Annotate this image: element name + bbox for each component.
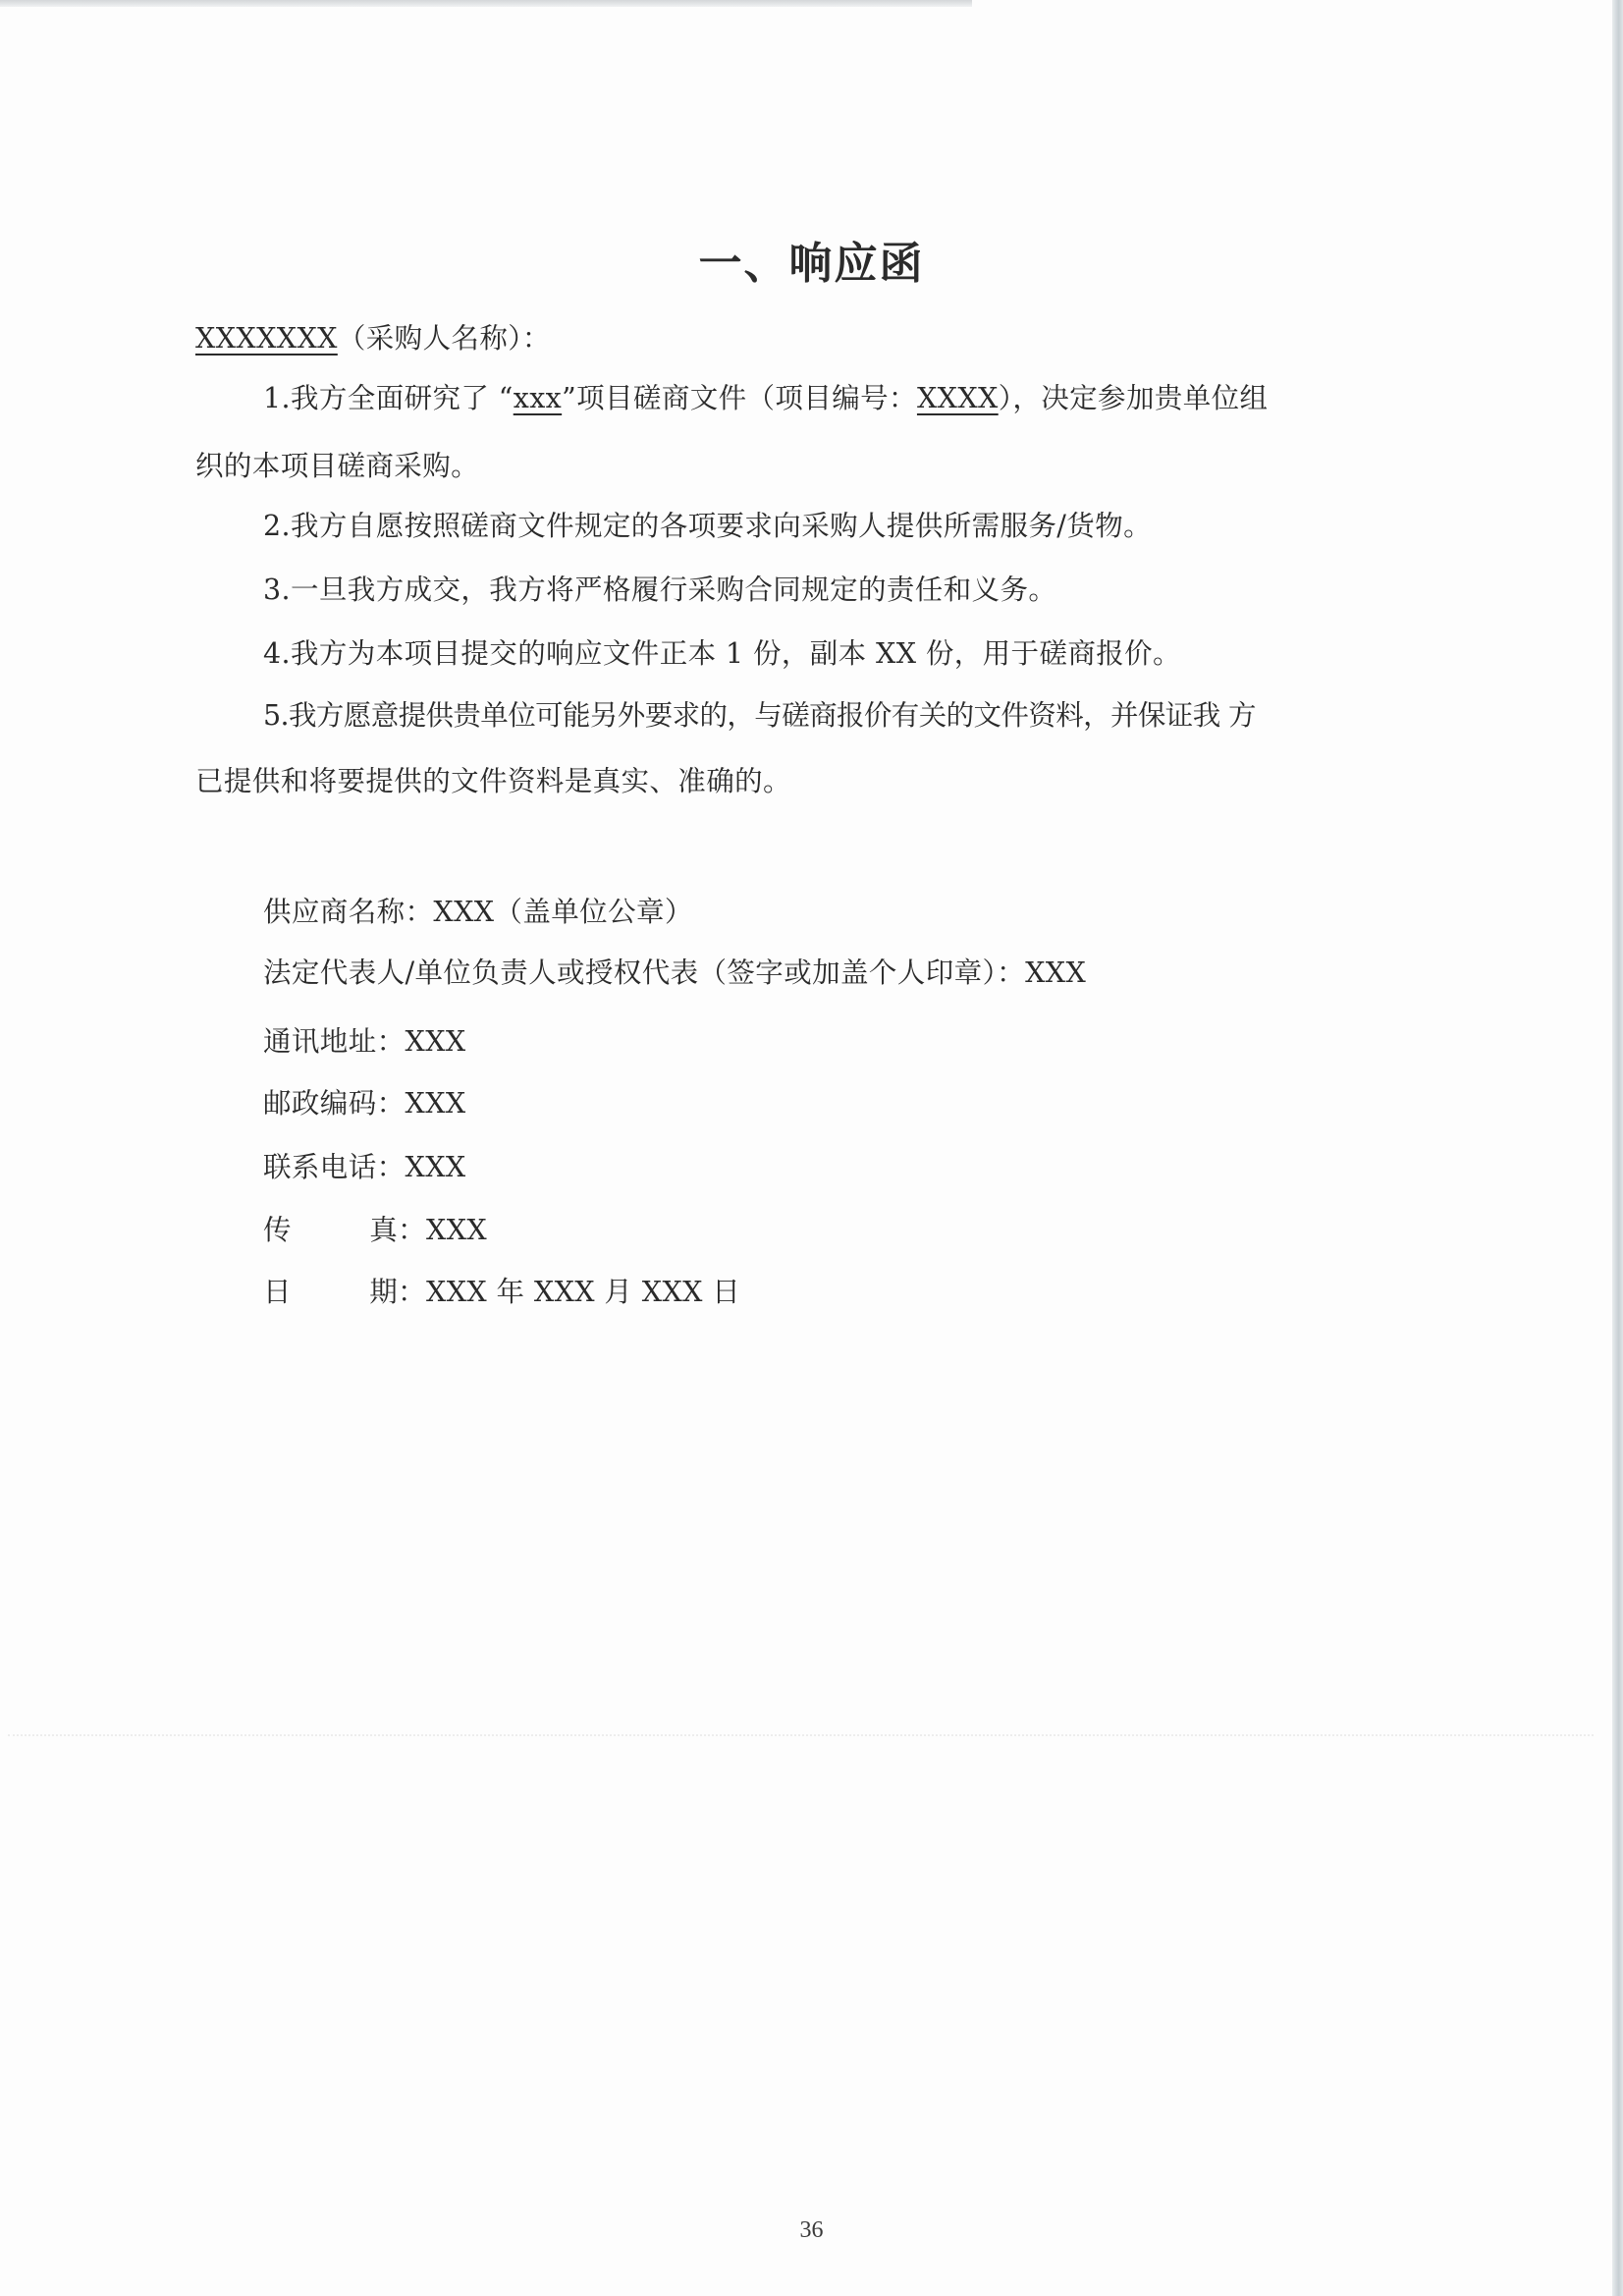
paragraph-number: 2. [263, 510, 291, 542]
paragraph-2: 2.我方自愿按照磋商文件规定的各项要求向采购人提供所需服务/货物。 [263, 507, 1152, 546]
label-part: 真： [369, 1211, 426, 1250]
paragraph-number: 1. [263, 382, 291, 414]
scan-right-edge [1612, 0, 1623, 2296]
field-value: XXX [1025, 957, 1086, 989]
project-name: xxx [514, 382, 562, 414]
supplier-name-field: 供应商名称：XXX（盖单位公章） [263, 893, 693, 932]
paragraph-text: 我方自愿按照磋商文件规定的各项要求向采购人提供所需服务/货物。 [291, 510, 1152, 542]
field-label: 日期： [263, 1273, 426, 1312]
field-value: XXX [406, 1025, 466, 1058]
date-field: 日期：XXX 年 XXX 月 XXX 日 [263, 1273, 740, 1312]
label-part: 日 [263, 1276, 292, 1308]
paragraph-text: ），决定参加贵单位组 [999, 382, 1269, 414]
paragraph-1-line-2: 织的本项目磋商采购。 [195, 447, 479, 486]
field-value: XXX [406, 1087, 466, 1120]
paragraph-5-line-2: 已提供和将要提供的文件资料是真实、准确的。 [195, 762, 791, 801]
paragraph-number: 3. [263, 574, 291, 606]
postcode-field: 邮政编码：XXX [263, 1084, 466, 1123]
phone-field: 联系电话：XXX [263, 1148, 466, 1187]
paragraph-5-line-1: 5.我方愿意提供贵单位可能另外要求的，与磋商报价有关的文件资料，并保证我 方 [263, 696, 1256, 736]
paragraph-text: 我方为本项目提交的响应文件正本 1 份，副本 XX 份，用于磋商报价。 [291, 637, 1181, 670]
scan-top-shadow [0, 0, 972, 7]
address-field: 通讯地址：XXX [263, 1022, 466, 1062]
field-value: XXX [426, 1214, 487, 1246]
paragraph-4: 4.我方为本项目提交的响应文件正本 1 份，副本 XX 份，用于磋商报价。 [263, 634, 1181, 674]
field-label: 传真： [263, 1211, 426, 1250]
purchaser-suffix: （采购人名称）： [338, 322, 551, 355]
paragraph-text: 我方愿意提供贵单位可能另外要求的，与磋商报价有关的文件资料，并保证我 方 [289, 699, 1256, 732]
paragraph-1-line-1: 1.我方全面研究了 “xxx”项目磋商文件（项目编号：XXXX），决定参加贵单位… [263, 379, 1268, 418]
field-value: XXX 年 XXX 月 XXX 日 [426, 1276, 740, 1308]
paragraph-text: 一旦我方成交，我方将严格履行采购合同规定的责任和义务。 [291, 574, 1056, 606]
field-label: 联系电话： [263, 1151, 406, 1183]
label-part: 期： [369, 1273, 426, 1312]
fax-field: 传真：XXX [263, 1211, 487, 1250]
paragraph-text: ”项目磋商文件（项目编号： [562, 382, 917, 414]
field-label: 通讯地址： [263, 1025, 406, 1058]
addressee-line: XXXXXXX（采购人名称）： [195, 319, 551, 358]
field-label: 邮政编码： [263, 1087, 406, 1120]
page-title: 一、响应函 [0, 228, 1623, 291]
field-value: XXX（盖单位公章） [433, 896, 692, 928]
field-label: 供应商名称： [263, 896, 433, 928]
field-label: 法定代表人/单位负责人或授权代表（签字或加盖个人印章）： [263, 957, 1025, 989]
paragraph-number: 4. [263, 637, 291, 670]
field-value: XXX [406, 1151, 466, 1183]
paragraph-text: 我方全面研究了 “ [291, 382, 514, 414]
paragraph-3: 3.一旦我方成交，我方将严格履行采购合同规定的责任和义务。 [263, 571, 1056, 610]
project-code: XXXX [917, 382, 999, 414]
paragraph-number: 5. [263, 699, 289, 732]
label-part: 传 [263, 1214, 292, 1246]
purchaser-name: XXXXXXX [195, 322, 338, 355]
page-number: 36 [0, 2217, 1623, 2244]
representative-field: 法定代表人/单位负责人或授权代表（签字或加盖个人印章）：XXX [263, 954, 1086, 993]
scan-fold-line [8, 1734, 1594, 1736]
